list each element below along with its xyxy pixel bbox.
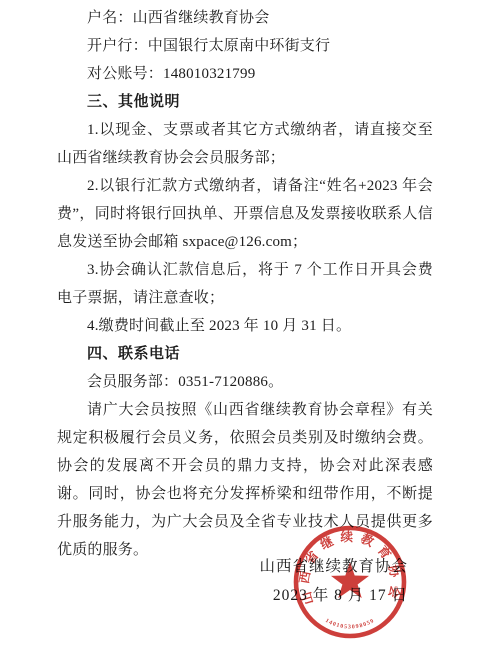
section-heading-other-notes: 三、其他说明	[57, 88, 433, 116]
account-holder-line: 户名：山西省继续教育协会	[57, 4, 433, 32]
other-notes-item-1: 1.以现金、支票或者其它方式缴纳者，请直接交至山西省继续教育协会会员服务部；	[57, 116, 433, 172]
seal-serial-number: 1401053098059	[324, 618, 376, 631]
section-heading-contact: 四、联系电话	[57, 340, 433, 368]
account-bank-line: 开户行：中国银行太原南中环街支行	[57, 32, 433, 60]
contact-phone-line: 会员服务部：0351-7120886。	[57, 368, 433, 396]
account-number-line: 对公账号：148010321799	[57, 60, 433, 88]
official-seal: 山西省继续教育协会 1401053098059	[291, 523, 409, 641]
other-notes-item-4: 4.缴费时间截止至 2023 年 10 月 31 日。	[57, 312, 433, 340]
document-body: 户名：山西省继续教育协会 开户行：中国银行太原南中环街支行 对公账号：14801…	[57, 4, 433, 564]
seal-star-icon	[331, 562, 369, 598]
other-notes-item-2: 2.以银行汇款方式缴纳者，请备注“姓名+2023 年会费”，同时将银行回执单、开…	[57, 172, 433, 256]
seal-serial-holder: 1401053098059	[324, 618, 376, 631]
document-page: 户名：山西省继续教育协会 开户行：中国银行太原南中环街支行 对公账号：14801…	[0, 0, 490, 661]
other-notes-item-3: 3.协会确认汇款信息后，将于 7 个工作日开具会费电子票据，请注意查收；	[57, 256, 433, 312]
